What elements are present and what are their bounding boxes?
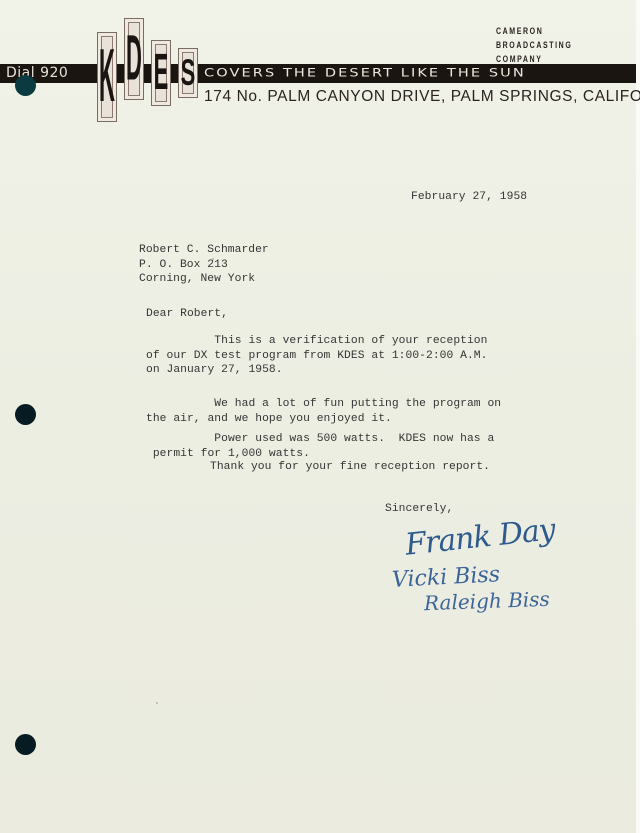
letter-date: February 27, 1958 <box>411 190 527 205</box>
hole-punch-middle <box>15 404 36 425</box>
page-edge <box>636 0 640 833</box>
logo-glyph: E <box>154 43 169 103</box>
station-address: 174 No. PALM CANYON DRIVE, PALM SPRINGS,… <box>204 88 640 106</box>
hole-punch-bottom <box>15 734 36 755</box>
closing: Sincerely, <box>385 502 453 517</box>
salutation: Dear Robert, <box>146 307 228 322</box>
recipient-address: Robert C. SchmarderP. O. Box 213Corning,… <box>139 243 269 287</box>
paper-speck <box>212 258 214 260</box>
paper-speck <box>156 702 158 704</box>
logo-glyph: K <box>99 33 115 121</box>
logo-glyph: S <box>181 51 196 95</box>
paragraph-thanks: Thank you for your fine reception report… <box>210 460 490 475</box>
paragraph-fun: We had a lot of fun putting the program … <box>146 397 501 426</box>
logo-letter-s: S <box>178 48 198 98</box>
hole-punch-top <box>15 75 36 96</box>
signature-raleigh-biss: Raleigh Biss <box>424 587 550 615</box>
paragraph-verification: This is a verification of your reception… <box>146 334 487 378</box>
logo-letter-d: D <box>124 18 144 100</box>
logo-glyph: D <box>126 21 142 96</box>
paragraph-power: Power used was 500 watts. KDES now has a… <box>146 432 494 461</box>
logo-letter-k: K <box>97 32 117 122</box>
recipient-po-box: P. O. Box 213 <box>139 258 269 273</box>
slogan: COVERS THE DESERT LIKE THE SUN <box>204 67 526 80</box>
recipient-name: Robert C. Schmarder <box>139 243 269 258</box>
company-name: CAMERON BROADCASTING COMPANY <box>496 24 572 66</box>
recipient-city: Corning, New York <box>139 272 269 287</box>
logo-letter-e: E <box>151 40 171 106</box>
